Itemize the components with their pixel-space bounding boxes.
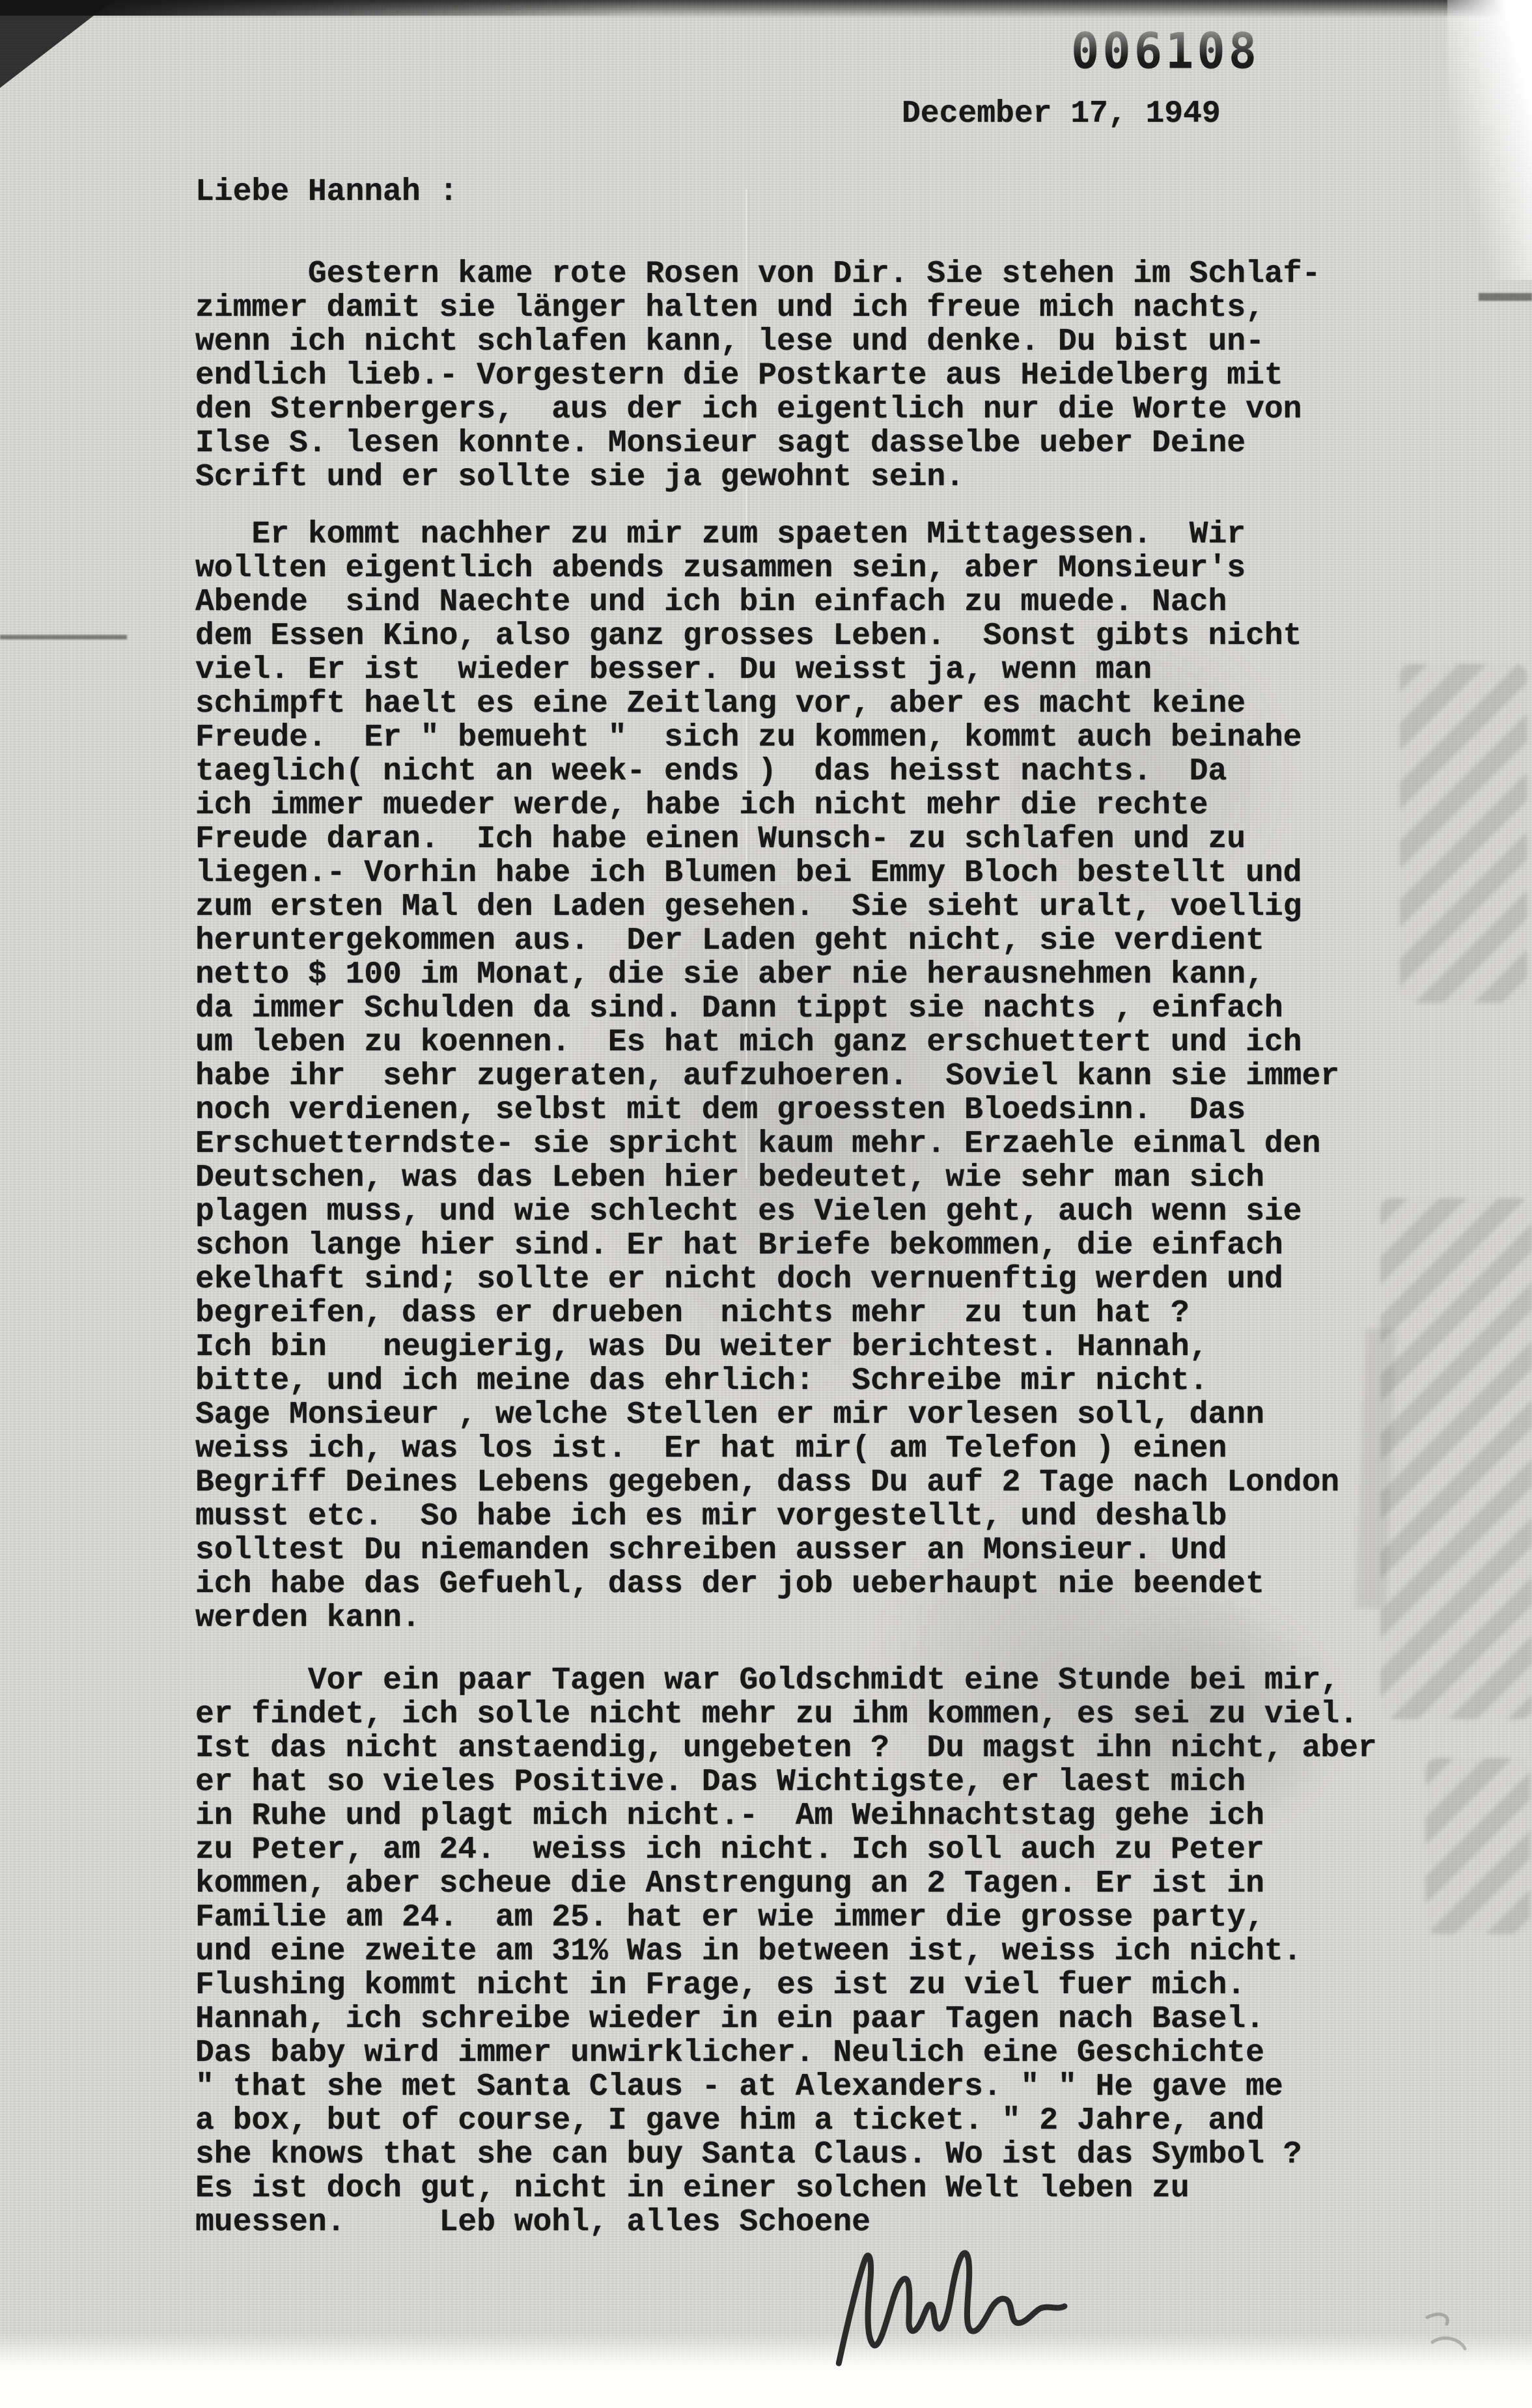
signature-stroke [829, 2239, 1068, 2363]
tape-mark [1380, 1198, 1532, 1719]
tape-mark [1400, 664, 1527, 1003]
date-line: December 17, 1949 [902, 96, 1221, 132]
tape-mark [1426, 1758, 1530, 1934]
letter-scan-page: 006108 December 17, 1949 Liebe Hannah : … [0, 0, 1532, 2408]
letter-paragraph: Gestern kame rote Rosen von Dir. Sie ste… [195, 257, 1320, 494]
fold-line-artifact [0, 635, 127, 639]
letter-paragraph: Vor ein paar Tagen war Goldschmidt eine … [195, 1664, 1377, 2239]
pencil-marks [1419, 2308, 1478, 2360]
paper-bottom-edge [0, 2333, 1532, 2408]
salutation: Liebe Hannah : [195, 175, 458, 210]
letter-paragraph: Er kommt nachher zu mir zum spaeten Mitt… [195, 518, 1339, 1635]
archive-stamp-number: 006108 [1071, 22, 1260, 79]
paper-corner-highlight [1447, 0, 1532, 280]
edge-mark-artifact [1479, 293, 1532, 301]
